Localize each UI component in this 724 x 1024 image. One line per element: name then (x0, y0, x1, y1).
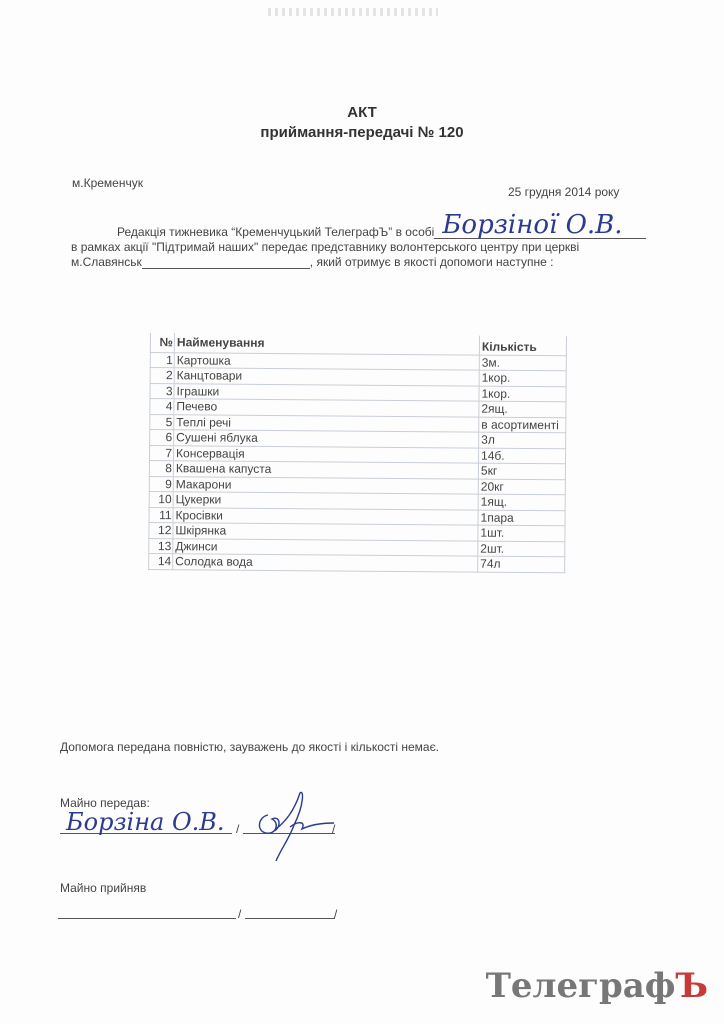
intro-line-1: Редакція тижневика “Кременчуцький Телегр… (117, 224, 646, 239)
row-qty: 1ящ. (478, 494, 565, 510)
header-qty: Кількість (479, 336, 566, 356)
separator-slash: / (236, 822, 239, 836)
representative-field: Борзіної О.В. (434, 224, 646, 239)
row-num: 10 (149, 491, 173, 507)
header-num: № (150, 333, 174, 352)
document-title: АКТ (0, 104, 724, 121)
row-num: 11 (149, 507, 173, 523)
place: м.Кременчук (72, 176, 143, 190)
received-name-line (58, 918, 236, 919)
row-num: 1 (150, 352, 174, 368)
row-qty: 1шт. (478, 525, 565, 541)
row-qty: 5кг (478, 463, 565, 479)
row-num: 8 (149, 461, 173, 477)
row-qty: 3л (479, 432, 566, 448)
row-qty: 2ящ. (479, 401, 566, 417)
row-num: 9 (149, 476, 173, 492)
row-qty: 1кор. (479, 386, 566, 402)
row-qty: 2шт. (478, 541, 565, 557)
logo-text: Телеграф (486, 966, 676, 1006)
received-label: Майно прийняв (60, 881, 146, 895)
intro-line-2: в рамках акції "Підтримай наших" передає… (71, 240, 579, 254)
conclusion-text: Допомога передана повністю, зауважень до… (60, 740, 439, 754)
scan-artifact (268, 8, 438, 16)
date: 25 грудня 2014 року (508, 185, 619, 199)
separator-slash: / (238, 907, 241, 921)
city-prefix: м.Славянськ (71, 255, 142, 269)
row-qty: 1пара (478, 510, 565, 526)
row-num: 6 (150, 430, 174, 446)
row-num: 13 (149, 538, 173, 554)
row-qty: 74л (478, 556, 565, 572)
received-signature-line (245, 918, 335, 919)
row-num: 3 (150, 383, 174, 399)
row-qty: 20кг (478, 479, 565, 495)
items-table: № Найменування Кількість 1Картошка3м.2Ка… (148, 333, 567, 573)
logo-accent: Ъ (675, 966, 708, 1006)
row-num: 12 (149, 522, 173, 538)
row-qty: в асортименті (479, 417, 566, 433)
separator-slash: / (334, 907, 337, 921)
intro-suffix: , який отримує в якості допомоги наступн… (310, 255, 554, 269)
row-num: 4 (150, 399, 174, 415)
signature-mark (250, 785, 340, 865)
row-num: 5 (150, 414, 174, 430)
representative-handwritten: Борзіної О.В. (442, 210, 622, 240)
row-num: 7 (149, 445, 173, 461)
table-row: 14Солодка вода74л (149, 553, 565, 572)
row-qty: 14б. (478, 448, 565, 464)
intro-line-3: м.Славянськ, який отримує в якості допом… (71, 255, 553, 269)
telegraf-logo: ТелеграфЪ (486, 966, 708, 1006)
row-num: 14 (149, 553, 173, 569)
row-num: 2 (150, 368, 174, 384)
church-representative-field (142, 256, 310, 269)
document-subtitle: приймання-передачі № 120 (0, 124, 724, 141)
header-name: Найменування (174, 333, 479, 354)
intro-prefix: Редакція тижневика “Кременчуцький Телегр… (117, 225, 434, 239)
row-qty: 1кор. (479, 370, 566, 386)
transferred-name-handwritten: Борзіна О.В. (66, 808, 225, 836)
row-qty: 3м. (479, 355, 566, 371)
row-name: Солодка вода (173, 554, 478, 572)
